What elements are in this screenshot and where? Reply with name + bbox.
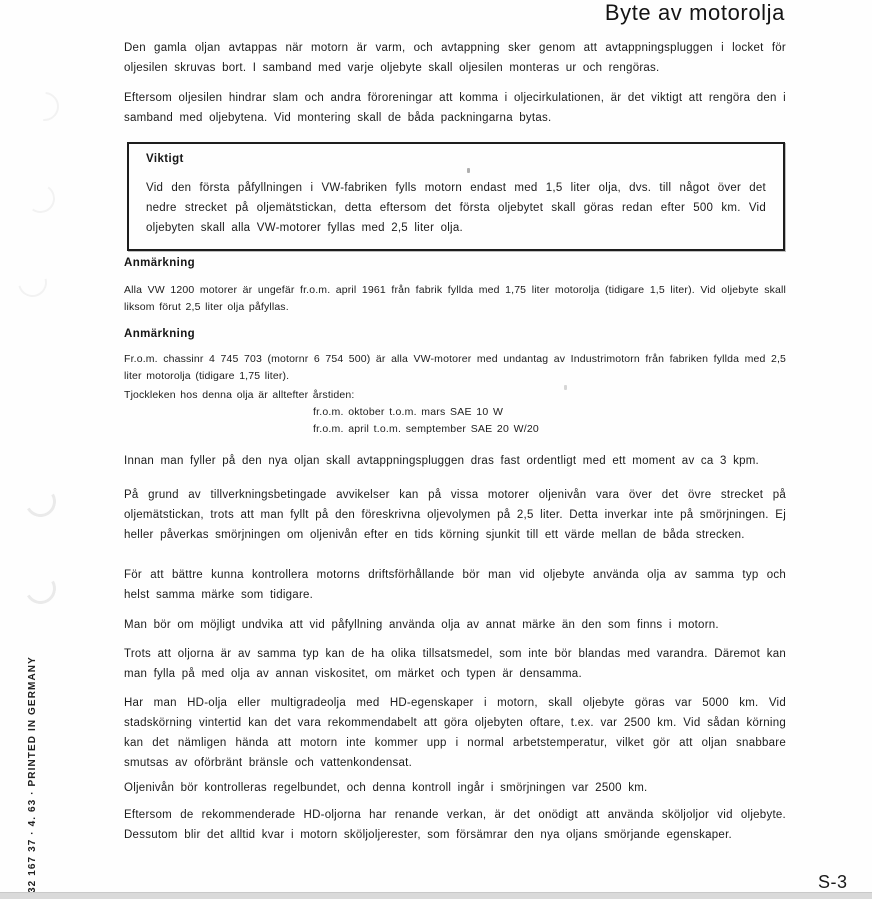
paragraph-hd-oil-interval: Har man HD-olja eller multigradeolja med… [124, 693, 786, 773]
paragraph-drain-plug-torque: Innan man fyller på den nya oljan skall … [124, 451, 786, 471]
paragraph-intro-1: Den gamla oljan avtappas när motorn är v… [124, 38, 786, 78]
viscosity-summer-grade: fr.o.m. april t.o.m. semptember SAE 20 W… [313, 423, 539, 435]
viscosity-winter-grade: fr.o.m. oktober t.o.m. mars SAE 10 W [313, 406, 503, 418]
scan-speck [564, 385, 567, 390]
remark-2-heading: Anmärkning [124, 328, 786, 340]
remark-1-body: Alla VW 1200 motorer är ungefär fr.o.m. … [124, 282, 786, 315]
paragraph-same-oil-type: För att bättre kunna kontrollera motorns… [124, 565, 786, 605]
important-box-heading: Viktigt [146, 153, 766, 165]
page-title: Byte av motorolja [124, 0, 785, 26]
remark-2-body: Fr.o.m. chassinr 4 745 703 (motornr 6 75… [124, 351, 786, 384]
binder-ring-shadow [24, 182, 58, 216]
scan-bottom-edge [0, 892, 872, 899]
binder-ring-shadow [24, 86, 65, 127]
manual-page: Byte av motorolja Den gamla oljan avtapp… [0, 0, 872, 899]
paragraph-level-check: Oljenivån bör kontrolleras regelbundet, … [124, 778, 786, 798]
important-box-body: Vid den första påfyllningen i VW-fabrike… [146, 178, 766, 238]
page-number: S-3 [818, 872, 848, 893]
scan-speck [467, 168, 470, 173]
binder-ring-shadow [13, 263, 53, 303]
viscosity-intro: Tjockleken hos denna olja är alltefter å… [124, 387, 786, 404]
print-code-vertical: 32 167 37 · 4. 63 · PRINTED IN GERMANY [27, 656, 38, 893]
paragraph-oil-level-tolerance: På grund av tillverkningsbetingade avvik… [124, 485, 786, 545]
paragraph-intro-2: Eftersom oljesilen hindrar slam och andr… [124, 88, 786, 128]
remark-1-heading: Anmärkning [124, 257, 786, 269]
binder-ring-shadow [22, 570, 60, 608]
paragraph-additives: Trots att oljorna är av samma typ kan de… [124, 644, 786, 684]
important-notice-box: Viktigt Vid den första påfyllningen i VW… [127, 142, 785, 251]
paragraph-flushing-oils: Eftersom de rekommenderade HD-oljorna ha… [124, 805, 786, 845]
binder-ring-shadow [22, 483, 60, 521]
paragraph-avoid-other-brand: Man bör om möjligt undvika att vid påfyl… [124, 615, 786, 635]
